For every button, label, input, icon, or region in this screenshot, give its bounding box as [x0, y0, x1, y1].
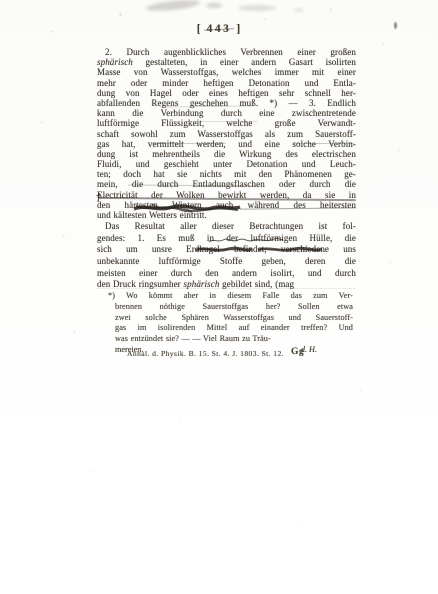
- bracket-close: ]: [236, 23, 241, 35]
- printer-signature: Gg: [291, 347, 304, 357]
- text-line: dung ist mehrentheils die Wirkung des el…: [97, 149, 356, 159]
- scanned-book-page: [443] 2. Durch augenblickliches Verbrenn…: [0, 0, 438, 594]
- text-line: sphärisch gestalteten, in einer andern G…: [97, 57, 356, 67]
- text-line: schaft sowohl zum Wasserstoffgas als zum…: [97, 129, 356, 139]
- paper-smudge: [146, 0, 201, 13]
- footnote-line: zwei solche Sphären Wasserstoffgas und S…: [115, 313, 353, 324]
- text-line: mehr oder minder heftigen Detonation und…: [97, 78, 356, 88]
- text-line: meisten einer durch den andern isolirt, …: [97, 268, 356, 280]
- text-line: 2. Durch augenblickliches Verbrennen ein…: [97, 47, 356, 57]
- footnote-line: brennen nöthige Sauerstoffgas her? Solle…: [115, 302, 353, 313]
- text-line: Fluidi, und geschieht unter Detonation u…: [97, 159, 356, 169]
- body-paragraph-2: Das Resultat aller dieser Betrachtungen …: [97, 221, 356, 291]
- text-line: unbekannte luftförmige Stoffe geben, der…: [97, 256, 356, 268]
- footnote-line: *) Wo kömmt aber in diesem Falle das zum…: [108, 291, 353, 302]
- scan-artifact-line: [97, 288, 356, 289]
- footnote: *) Wo kömmt aber in diesem Falle das zum…: [115, 291, 353, 356]
- margin-annotation-mark: †: [95, 191, 102, 205]
- italic-word: sphärisch: [97, 57, 133, 67]
- paper-speckles: [0, 0, 1, 1]
- text-segment: gestalteten, in einer andern Gasart isol…: [133, 57, 356, 67]
- text-line: ten; doch hat sie nichts mit den Phänome…: [97, 169, 356, 179]
- text-line: Masse von Wasserstoffgas, welches immer …: [97, 67, 356, 77]
- text-line: dung von Hagel oder eines heftigen sehr …: [97, 88, 356, 98]
- paper-smudge: [238, 5, 276, 11]
- text-line: den Druck ringsumher sphärisch gebildet …: [97, 279, 356, 291]
- paper-smudge: [206, 3, 222, 8]
- bracket-open: [: [197, 23, 202, 35]
- ink-scribble-blot: [194, 244, 324, 255]
- text-line: luftförmige Flüssigkeit, welche große Ve…: [97, 118, 356, 128]
- text-line: kann die Verbindung durch eine zwischent…: [97, 108, 356, 118]
- paper-smudge: [294, 8, 304, 12]
- ink-scribble-blot: [132, 201, 242, 215]
- body-paragraph-1: 2. Durch augenblickliches Verbrennen ein…: [97, 47, 356, 220]
- text-line: Das Resultat aller dieser Betrachtungen …: [97, 221, 356, 233]
- footer-citation: Annal. d. Physik. B. 15. St. 4. J. 1803.…: [127, 349, 284, 358]
- footnote-line: was entzündet sie? — — Viel Raum zu Träu…: [115, 334, 353, 345]
- footnote-line: gas im isolirenden Mittel auf einander t…: [115, 323, 353, 334]
